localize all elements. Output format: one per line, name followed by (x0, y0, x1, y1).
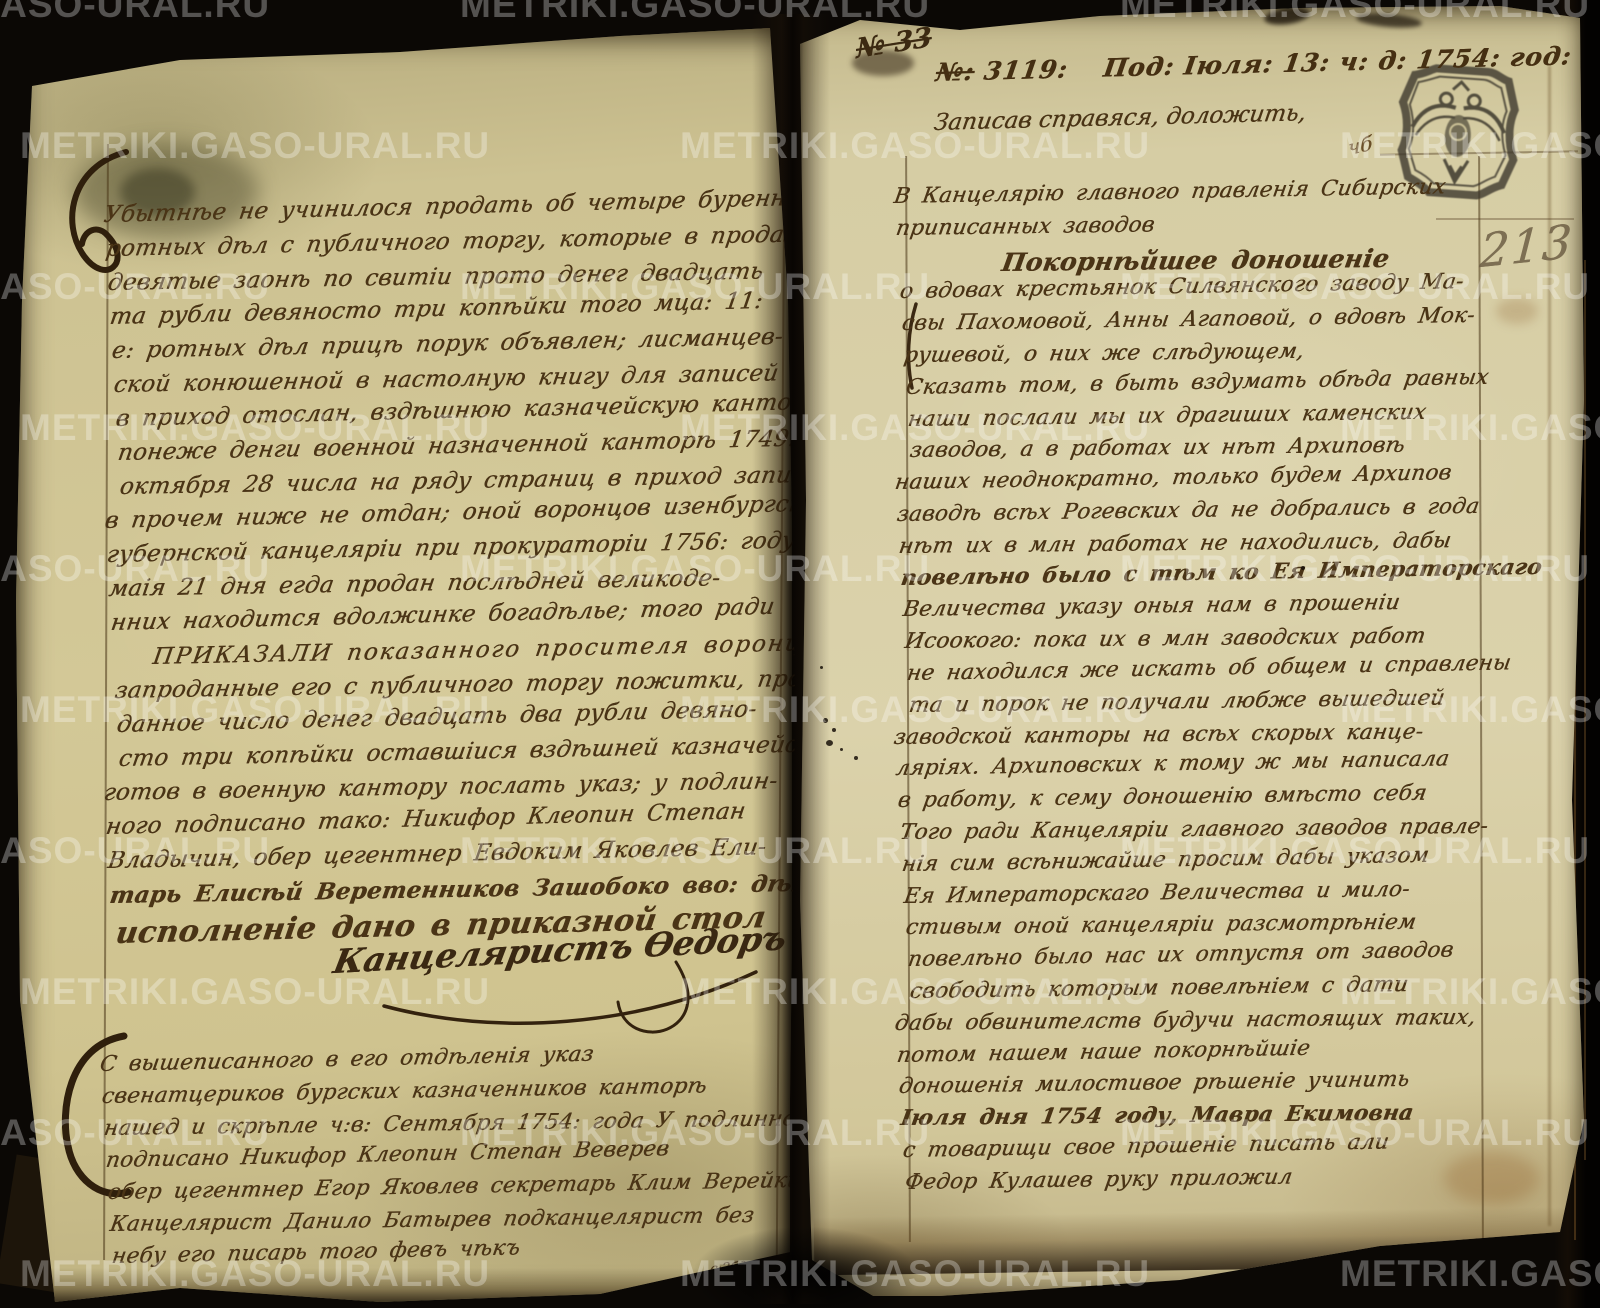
handwritten-line: Ея Императорскаго Величества и мило- (902, 877, 1412, 909)
handwritten-line: Того ради Канцеляріи главного заводов пр… (898, 814, 1490, 845)
ink-blot (840, 748, 843, 751)
right-page-ink-layer: № 33 №: 3119: Под: Іюля: 13: ч: д: 1754:… (796, 6, 1584, 1296)
numero-sign: №: (934, 57, 977, 87)
handwritten-line: обер цегентнер Егор Яковлев секретарь Кл… (106, 1168, 818, 1205)
handwritten-line: ного подписано тако: Никифор Клеопин Сте… (104, 798, 747, 840)
handwritten-line: нія сим всѣнижайше просим дабы указом (900, 843, 1431, 877)
handwritten-line: повелѣно было с тѣм ко Ея Императорскаго (899, 554, 1544, 590)
handwritten-line: та и порок не получали любже вышедшей (907, 685, 1447, 718)
handwritten-line: в работу, к сему доношенію вмѣсто себя (896, 781, 1429, 813)
handwritten-line: Іюля дня 1754 году, Мавра Екимовна (899, 1101, 1415, 1131)
ink-blot (823, 718, 828, 723)
ink-blot (854, 756, 858, 760)
handwritten-line: повелѣно было нас их отпустя от заводов (906, 938, 1455, 973)
left-page-ink-layer: Убытнѣе не учинилося продать об четыре б… (16, 26, 792, 1308)
handwritten-line: нашед и скрѣпле ч:в: Сентября 1754: года… (102, 1106, 822, 1141)
folio-number: 213 (1478, 214, 1575, 279)
ink-blot (820, 666, 823, 669)
handwritten-line: наших неоднократно, только будем Архипов (893, 460, 1453, 495)
handwritten-line: В Канцелярію главного правленія Сибирски… (892, 174, 1447, 209)
handwritten-line: наши послали мы их драгиших каменских (906, 399, 1428, 431)
handwritten-line: о вдовах крестьянок Силвянского заводу М… (898, 270, 1466, 305)
right-manuscript-page: № 33 №: 3119: Под: Іюля: 13: ч: д: 1754:… (796, 6, 1584, 1296)
resolution-note: Записав справяся, доложить, (932, 100, 1308, 136)
handwritten-line: стивым оной канцеляріи разсмотрѣніем (904, 910, 1418, 940)
handwritten-line: дабы обвинителств будучи настоящих таких… (893, 1005, 1478, 1036)
handwritten-line: Сказать том, в быть вздумать обѣда равны… (904, 365, 1491, 400)
handwritten-line: Исоокого: пока их в млн заводских работ (903, 624, 1427, 654)
handwritten-line: доношенія милостивое рѣшеніе учинить (897, 1067, 1411, 1099)
handwritten-line: свы Пахомовой, Анны Агаповой, о вдовѣ Мо… (900, 303, 1477, 336)
handwritten-line: приписанных заводов (894, 212, 1157, 241)
handwritten-line: данное число денег двадцать два рубли де… (115, 696, 758, 738)
handwritten-line: ПРИКАЗАЛИ показанного просителя воронцов… (151, 629, 852, 670)
handwritten-line: Канцелярист Данило Батырев подканцелярис… (108, 1203, 756, 1237)
handwritten-line: губернской канцеляріи при прокураторіи 1… (105, 528, 797, 569)
ink-blot (1301, 566, 1305, 570)
handwritten-line: свободить которым повелѣніем с дати (908, 972, 1410, 1004)
handwritten-line: с товарищи свое прошеніе писать али (901, 1129, 1391, 1163)
watermark-text: METRIKI.GASO-URAL.RU (0, 0, 270, 26)
handwritten-line: ротных дѣл с публичного торгу, которые в… (104, 221, 826, 262)
handwritten-line: свенатцериков бургских казначенников кан… (100, 1073, 709, 1109)
handwritten-line: заводов, а в работах их нѣт Архиповѣ (908, 433, 1407, 463)
ink-blot (826, 740, 833, 746)
left-manuscript-page: Убытнѣе не учинилося продать об четыре б… (16, 26, 792, 1308)
corner-note: с:2бд (709, 1259, 747, 1277)
handwritten-line: ляріях. Архиповских к тому ж мы написала (894, 747, 1451, 782)
handwritten-line: Федор Кулашев руку приложил (903, 1164, 1294, 1194)
handwritten-line: понеже денги военной назначенной канторѣ… (116, 424, 866, 466)
handwritten-line: небу его писарь того февъ чѣкъ (110, 1235, 522, 1269)
handwritten-line: та рубли девяносто три копѣйки того мца:… (108, 288, 765, 330)
registration-line: №: 3119: Под: Іюля: 13: ч: д: 1754: год: (934, 41, 1574, 87)
handwritten-line: Величества указу оныя нам в прошеніи (901, 590, 1402, 622)
marginal-scribble: чб (1348, 131, 1373, 160)
handwritten-line: рушевой, о них же слѣдующем, (902, 339, 1306, 368)
handwritten-line: заводской канторы на всѣх скорых канце- (892, 719, 1425, 750)
handwritten-line: Убытнѣе не учинилося продать об четыре б… (102, 184, 820, 228)
handwritten-line: С вышеписанного в его отдѣленія указ (98, 1042, 595, 1077)
page-edge-line (1584, 260, 1586, 1160)
handwritten-line: сто три копѣйки оставшіися вздѣшней казн… (117, 731, 844, 772)
ink-blot (832, 728, 836, 732)
handwritten-line: потом нашем наше покорнѣйшіе (895, 1035, 1312, 1067)
registration-number: 3119: (982, 54, 1070, 85)
handwritten-line: не находился же искать об общем и справл… (905, 650, 1513, 686)
handwritten-line: нѣт их в млн работах не находились, дабы (897, 528, 1453, 559)
handwritten-line: Владычин, обер цегентнер Евдоким Яковлев… (106, 834, 768, 874)
handwritten-line: подписано Никифор Клеопин Степан Веверев (104, 1136, 671, 1173)
registration-date: Под: Іюля: 13: ч: д: 1754: год: (1101, 41, 1573, 82)
crossed-out-number: № 33 (856, 22, 932, 65)
handwritten-line: заводѣ всѣх Рогевских да не добрались в … (895, 494, 1481, 527)
archival-scan: Убытнѣе не учинилося продать об четыре б… (0, 0, 1600, 1308)
handwritten-line: е: ротных дѣл прицѣ порук объявлен; лисм… (110, 324, 785, 364)
